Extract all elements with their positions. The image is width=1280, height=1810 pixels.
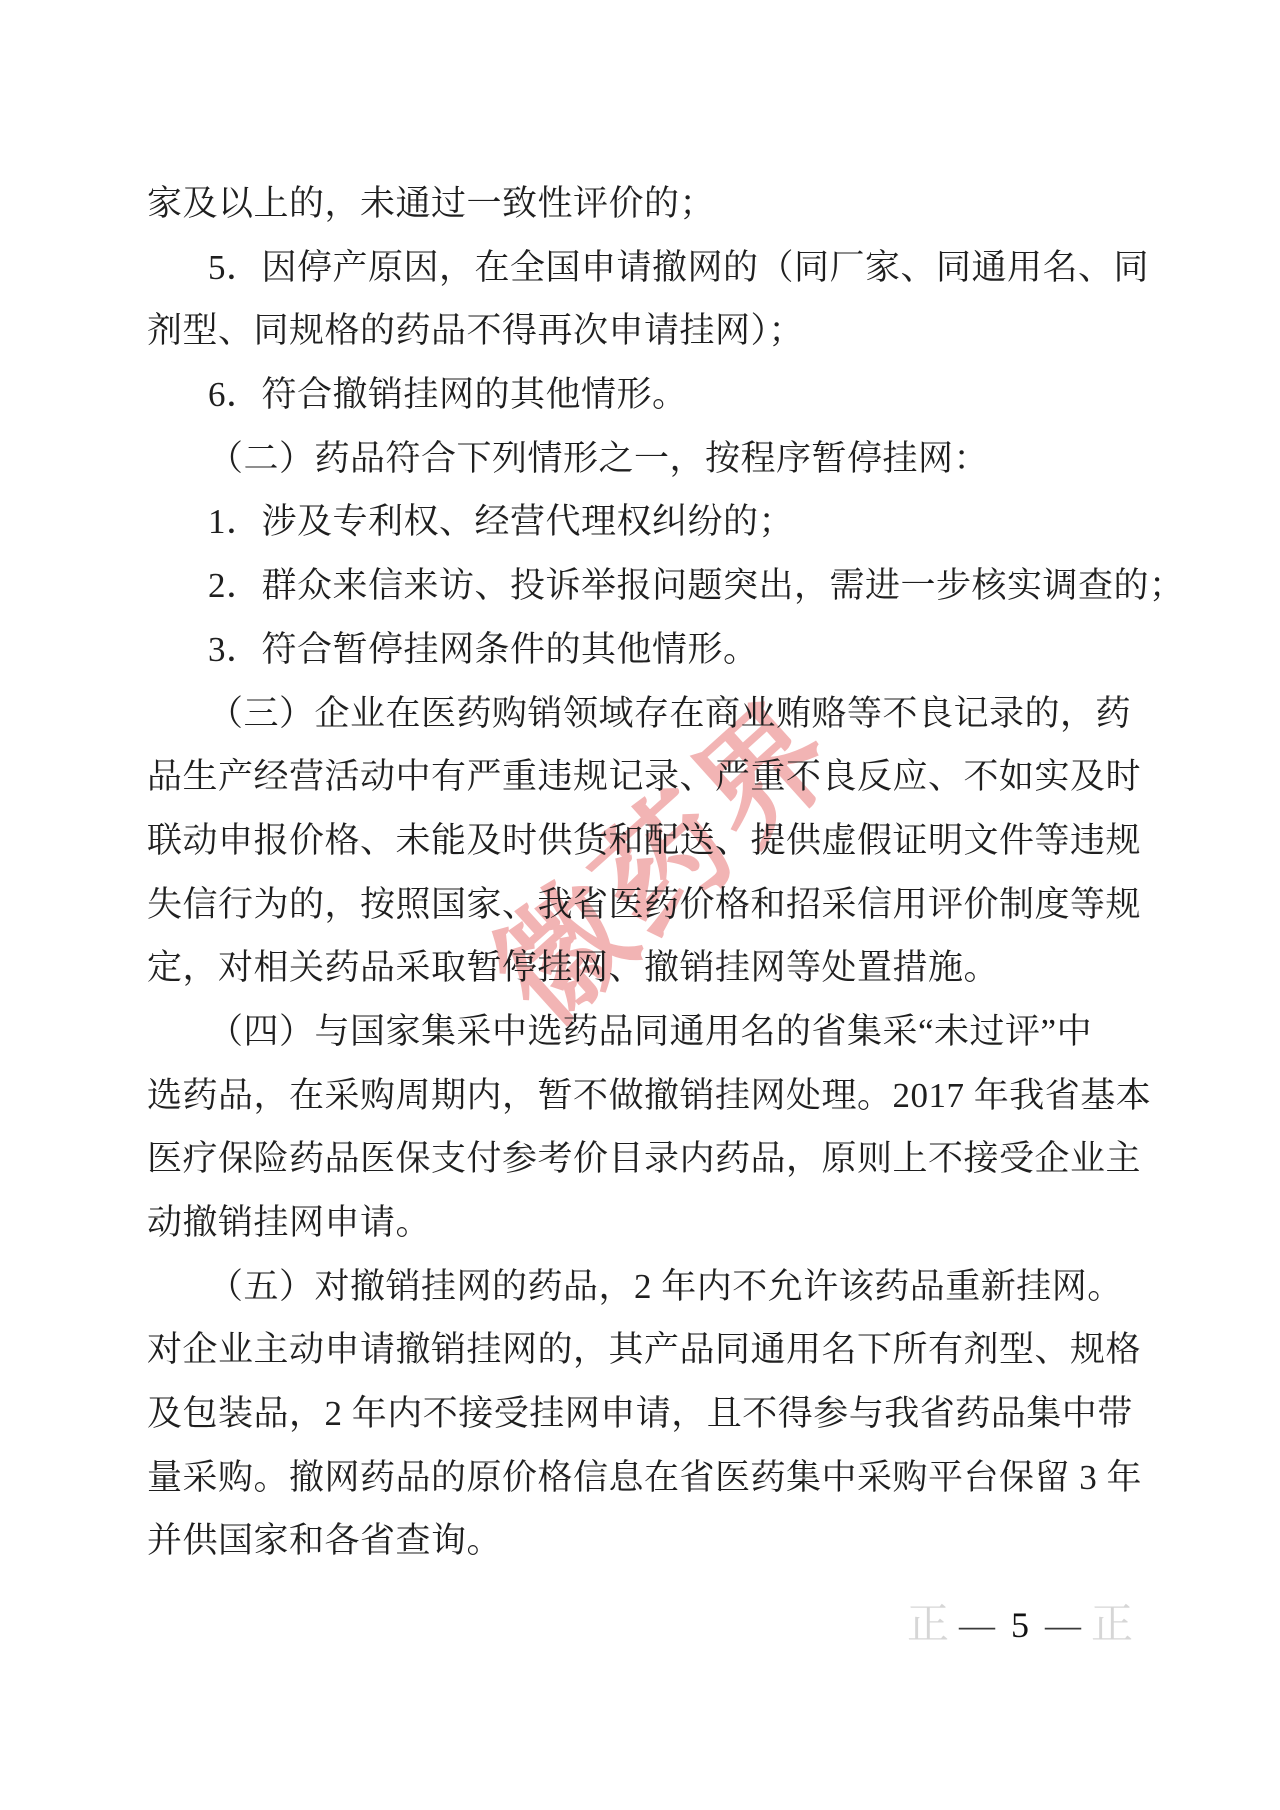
footer-right-faint-mark: 正 <box>1091 1604 1133 1646</box>
text-line: 对企业主动申请撤销挂网的，其产品同通用名下所有剂型、规格 <box>147 1318 1133 1382</box>
page-footer: 正 — 5 — 正 <box>147 1604 1133 1646</box>
text-line: 失信行为的，按照国家、我省医药价格和招采信用评价制度等规 <box>147 873 1133 937</box>
text-line: 定，对相关药品采取暂停挂网、撤销挂网等处置措施。 <box>147 936 1133 1000</box>
text-line: 5．因停产原因，在全国申请撤网的（同厂家、同通用名、同 <box>147 236 1133 300</box>
text-line: 家及以上的，未通过一致性评价的； <box>147 172 1133 236</box>
text-line: 选药品，在采购周期内，暂不做撤销挂网处理。2017 年我省基本 <box>147 1064 1133 1128</box>
text-block: 家及以上的，未通过一致性评价的；5．因停产原因，在全国申请撤网的（同厂家、同通用… <box>147 172 1133 1573</box>
text-line: （二）药品符合下列情形之一，按程序暂停挂网： <box>147 427 1133 491</box>
text-line: 动撤销挂网申请。 <box>147 1191 1133 1255</box>
text-line: （三）企业在医药购销领域存在商业贿赂等不良记录的，药 <box>147 682 1133 746</box>
text-line: 6．符合撤销挂网的其他情形。 <box>147 363 1133 427</box>
text-line: 品生产经营活动中有严重违规记录、严重不良反应、不如实及时 <box>147 745 1133 809</box>
footer-left-faint-mark: 正 <box>907 1604 949 1646</box>
document-page: 徽药界 家及以上的，未通过一致性评价的；5．因停产原因，在全国申请撤网的（同厂家… <box>0 0 1280 1810</box>
text-line: 剂型、同规格的药品不得再次申请挂网）； <box>147 299 1133 363</box>
text-line: 及包装品，2 年内不接受挂网申请，且不得参与我省药品集中带 <box>147 1382 1133 1446</box>
text-line: 联动申报价格、未能及时供货和配送、提供虚假证明文件等违规 <box>147 809 1133 873</box>
footer-page-number: 5 <box>1005 1604 1035 1646</box>
footer-dash-left: — <box>959 1604 995 1646</box>
text-line: 3．符合暂停挂网条件的其他情形。 <box>147 618 1133 682</box>
footer-dash-right: — <box>1045 1604 1081 1646</box>
text-line: 量采购。撤网药品的原价格信息在省医药集中采购平台保留 3 年 <box>147 1446 1133 1510</box>
text-line: 2．群众来信来访、投诉举报问题突出，需进一步核实调查的； <box>147 554 1133 618</box>
text-line: （四）与国家集采中选药品同通用名的省集采“未过评”中 <box>147 1000 1133 1064</box>
text-line: （五）对撤销挂网的药品，2 年内不允许该药品重新挂网。 <box>147 1255 1133 1319</box>
text-line: 并供国家和各省查询。 <box>147 1509 1133 1573</box>
text-line: 医疗保险药品医保支付参考价目录内药品，原则上不接受企业主 <box>147 1127 1133 1191</box>
text-line: 1．涉及专利权、经营代理权纠纷的； <box>147 490 1133 554</box>
